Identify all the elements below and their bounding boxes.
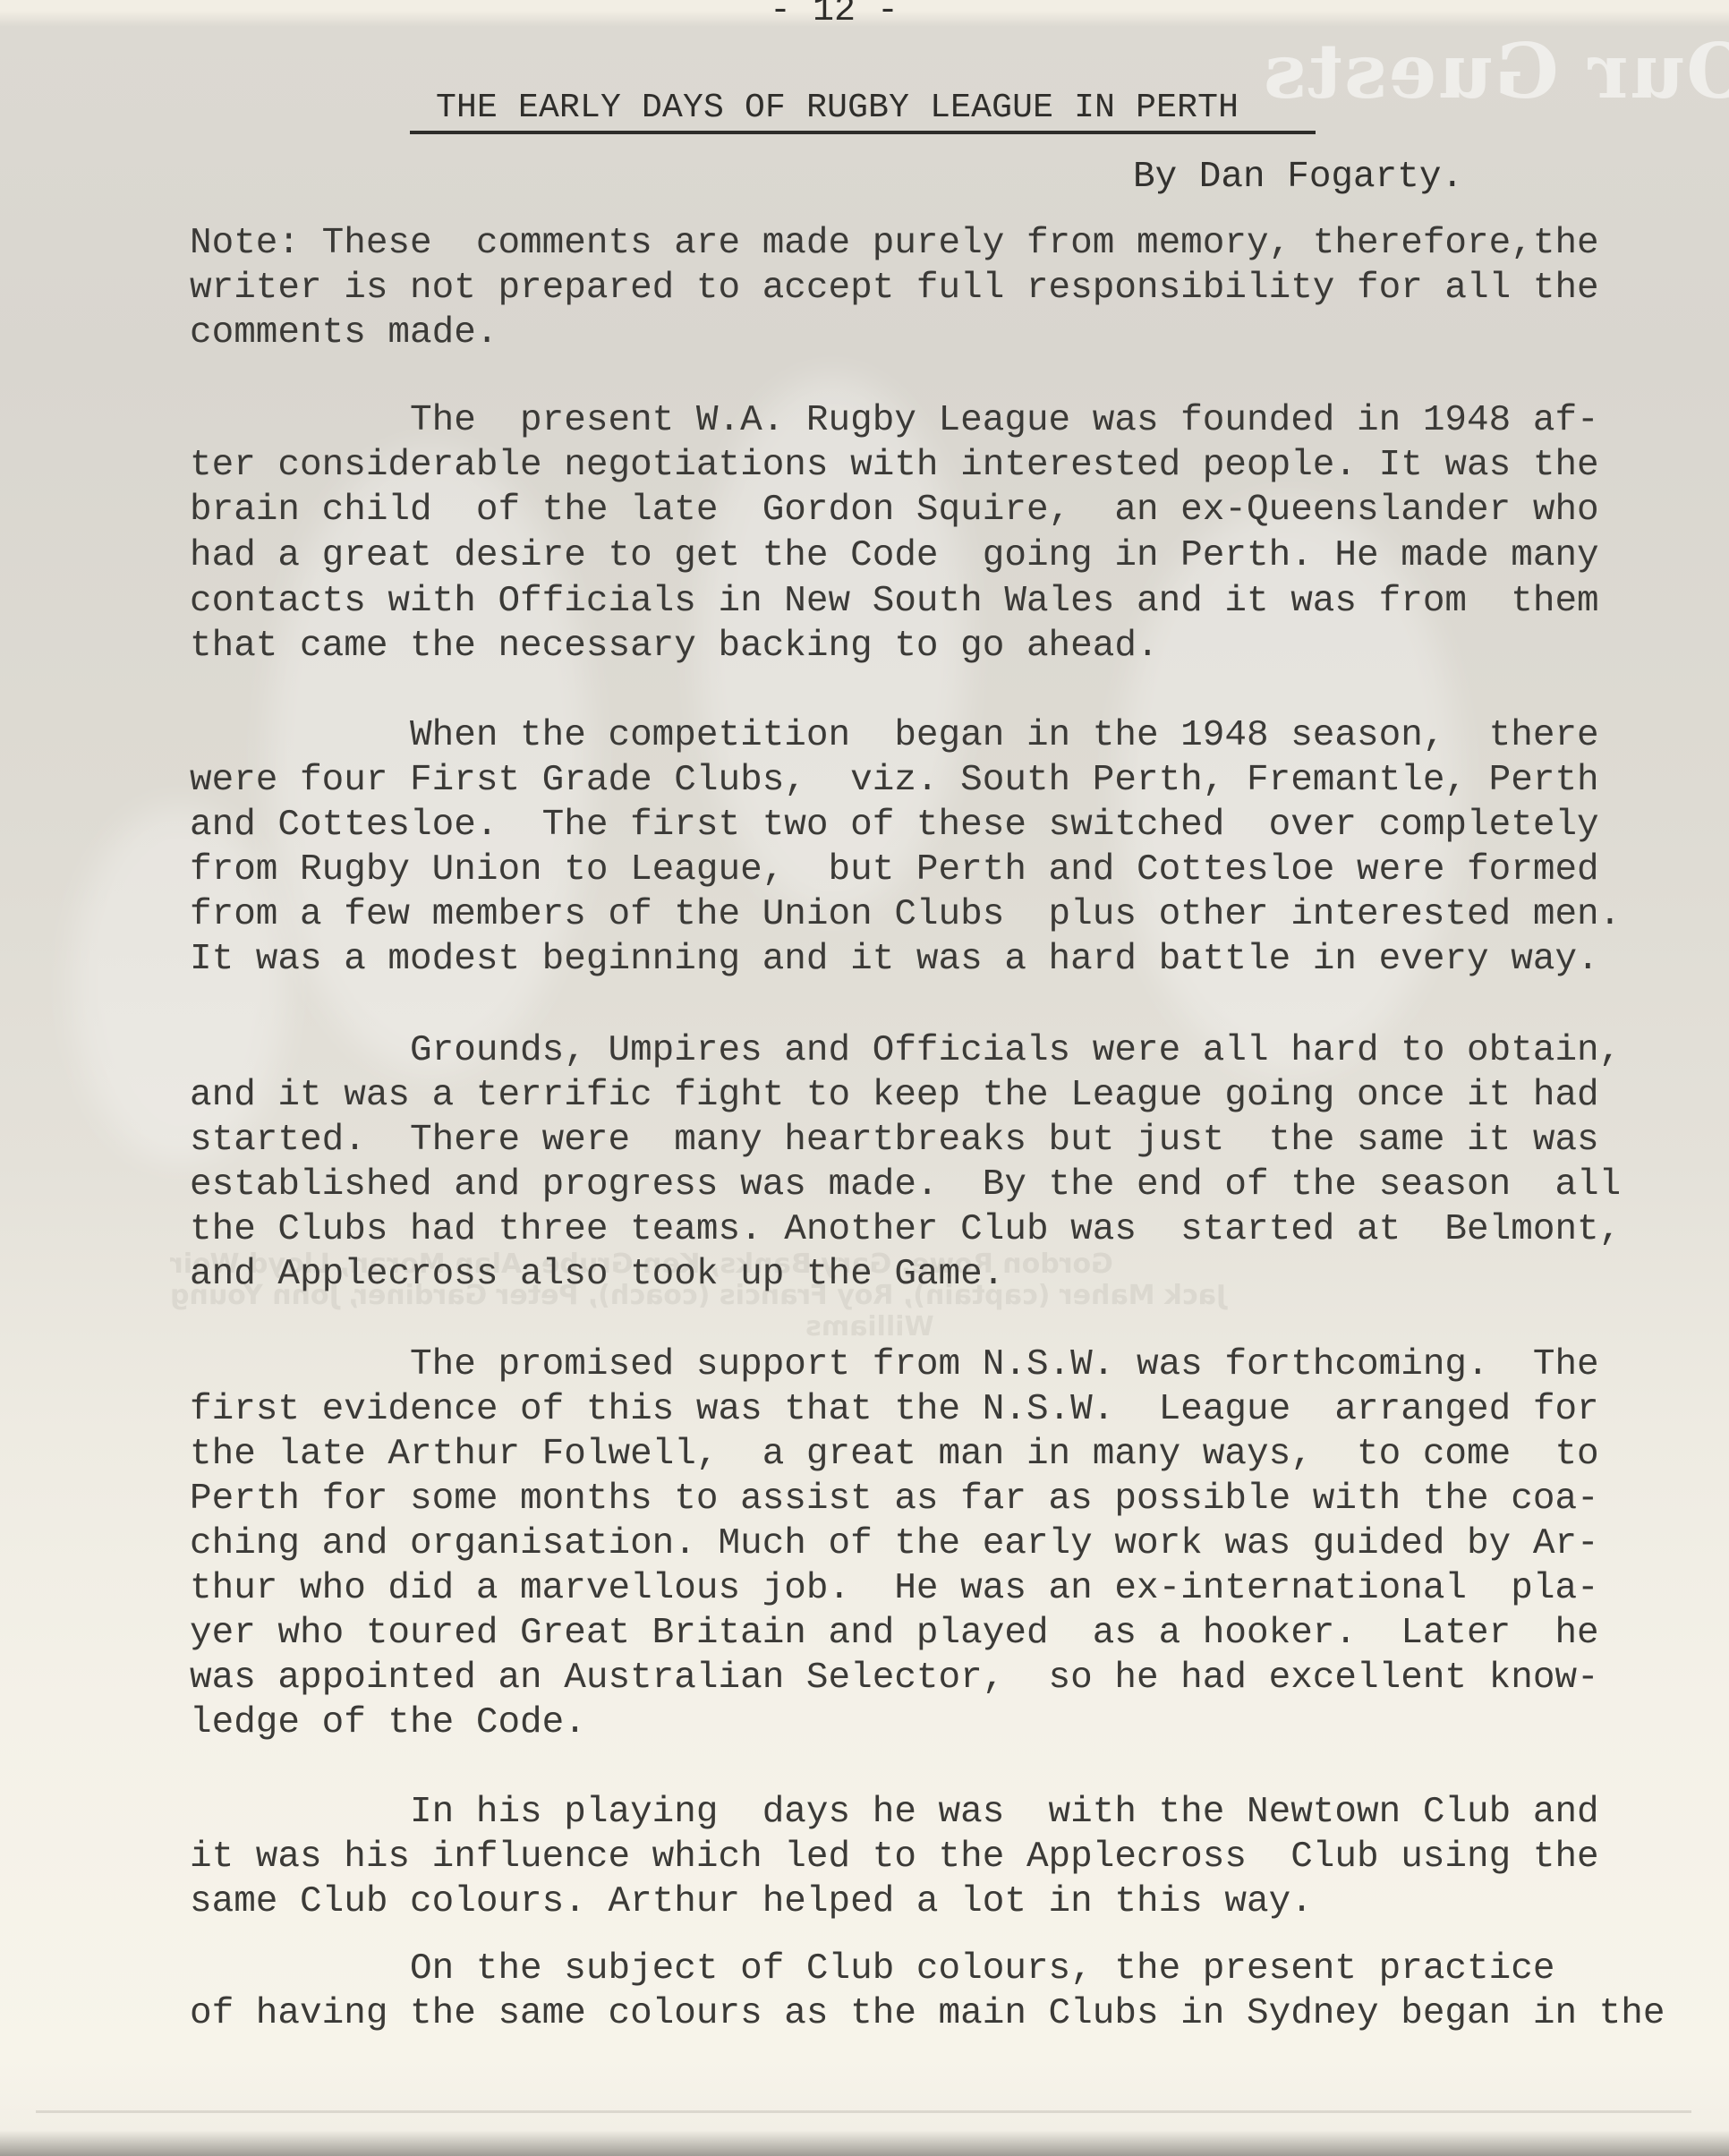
bleed-heading: Our Guests — [1262, 27, 1729, 115]
text-line: from a few members of the Union Clubs pl… — [190, 892, 1621, 937]
bleed-rule — [36, 2110, 1691, 2113]
text-line: established and progress was made. By th… — [190, 1163, 1621, 1207]
text-line: Grounds, Umpires and Officials were all … — [190, 1028, 1621, 1073]
note-line: writer is not prepared to accept full re… — [190, 266, 1599, 311]
title-underline — [410, 131, 1316, 134]
note-line: comments made. — [190, 311, 498, 355]
page-number: - 12 - — [770, 0, 899, 34]
author-byline: By Dan Fogarty. — [1133, 155, 1463, 200]
bleed-caption: Williams — [805, 1311, 934, 1342]
text-line: yer who toured Great Britain and played … — [190, 1611, 1599, 1656]
text-line: ching and organisation. Much of the earl… — [190, 1521, 1599, 1566]
text-line: contacts with Officials in New South Wal… — [190, 579, 1599, 624]
text-line: On the subject of Club colours, the pres… — [190, 1947, 1554, 1991]
text-line: first evidence of this was that the N.S.… — [190, 1387, 1599, 1432]
text-line: and it was a terrific fight to keep the … — [190, 1073, 1599, 1118]
text-line: of having the same colours as the main C… — [190, 1991, 1665, 2036]
text-line: and Applecross also took up the Game. — [190, 1252, 1004, 1297]
article-title: THE EARLY DAYS OF RUGBY LEAGUE IN PERTH — [436, 86, 1239, 131]
text-line: ter considerable negotiations with inter… — [190, 443, 1599, 488]
text-line: it was his influence which led to the Ap… — [190, 1835, 1599, 1879]
text-line: was appointed an Australian Selector, so… — [190, 1656, 1599, 1700]
text-line: the Clubs had three teams. Another Club … — [190, 1207, 1621, 1252]
text-line: from Rugby Union to League, but Perth an… — [190, 848, 1599, 892]
text-line: brain child of the late Gordon Squire, a… — [190, 488, 1599, 533]
text-line: had a great desire to get the Code going… — [190, 533, 1599, 578]
text-line: ledge of the Code. — [190, 1700, 586, 1745]
text-line: thur who did a marvellous job. He was an… — [190, 1566, 1599, 1611]
text-line: The present W.A. Rugby League was founde… — [190, 398, 1599, 443]
text-line: same Club colours. Arthur helped a lot i… — [190, 1879, 1313, 1924]
text-line: were four First Grade Clubs, viz. South … — [190, 758, 1599, 803]
text-line: The promised support from N.S.W. was for… — [190, 1342, 1599, 1387]
text-line: started. There were many heartbreaks but… — [190, 1118, 1599, 1163]
note-line: Note: These comments are made purely fro… — [190, 221, 1599, 266]
text-line: When the competition began in the 1948 s… — [190, 713, 1599, 758]
text-line: Perth for some months to assist as far a… — [190, 1477, 1599, 1521]
text-line: the late Arthur Folwell, a great man in … — [190, 1432, 1599, 1477]
text-line: It was a modest beginning and it was a h… — [190, 937, 1599, 982]
text-line: In his playing days he was with the Newt… — [190, 1790, 1599, 1835]
text-line: that came the necessary backing to go ah… — [190, 624, 1159, 669]
text-line: and Cottesloe. The first two of these sw… — [190, 803, 1599, 848]
